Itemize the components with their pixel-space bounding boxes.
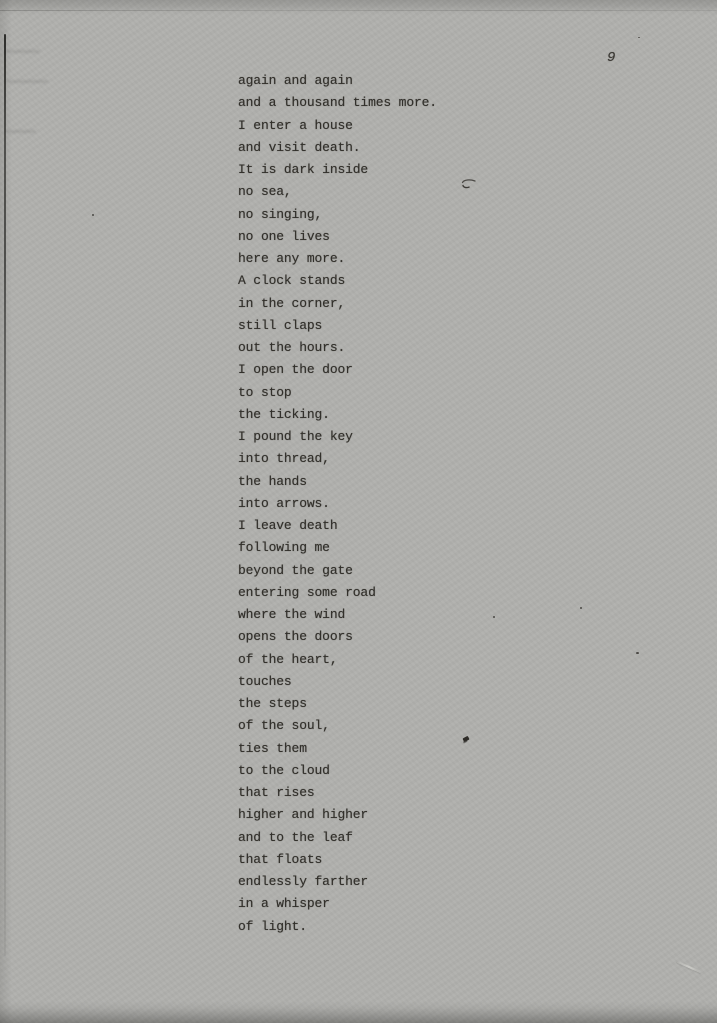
poem-line: beyond the gate [238, 560, 578, 582]
poem-line: into arrows. [238, 493, 578, 515]
scan-left-edge-shadow [0, 0, 12, 1023]
ink-speck [638, 37, 640, 38]
scan-top-crease-line [0, 10, 717, 11]
poem-line: endlessly farther [238, 871, 578, 893]
poem-line: no sea, [238, 181, 578, 203]
poem-line: touches [238, 671, 578, 693]
poem-line: no one lives [238, 226, 578, 248]
poem-line: I pound the key [238, 426, 578, 448]
poem-line: into thread, [238, 448, 578, 470]
scan-bottom-edge-shadow [0, 1001, 717, 1023]
poem-line: I enter a house [238, 115, 578, 137]
scan-smear-mark [6, 50, 40, 53]
poem-line: out the hours. [238, 337, 578, 359]
ink-speck [92, 214, 94, 216]
poem-line: A clock stands [238, 270, 578, 292]
poem-line: still claps [238, 315, 578, 337]
scan-smear-mark [6, 130, 36, 133]
poem-line: in the corner, [238, 293, 578, 315]
poem-line: of light. [238, 916, 578, 938]
scanned-page: 9 again and againand a thousand times mo… [0, 0, 717, 1023]
poem-line: of the soul, [238, 715, 578, 737]
poem-line: in a whisper [238, 893, 578, 915]
poem-line: again and again [238, 70, 578, 92]
poem-line: the steps [238, 693, 578, 715]
scan-smear-mark [6, 80, 48, 83]
poem-line: no singing, [238, 204, 578, 226]
poem-line: following me [238, 537, 578, 559]
poem-line: to the cloud [238, 760, 578, 782]
poem: again and againand a thousand times more… [238, 70, 578, 938]
poem-line: ties them [238, 738, 578, 760]
poem-line: where the wind [238, 604, 578, 626]
poem-line: the ticking. [238, 404, 578, 426]
poem-line: of the heart, [238, 649, 578, 671]
poem-line: entering some road [238, 582, 578, 604]
scan-top-edge-shadow [0, 0, 717, 16]
ink-speck [580, 607, 582, 609]
scan-scratch-mark [677, 961, 702, 973]
poem-line: that floats [238, 849, 578, 871]
poem-line: that rises [238, 782, 578, 804]
poem-line: and visit death. [238, 137, 578, 159]
poem-line: and to the leaf [238, 827, 578, 849]
ink-speck [493, 616, 495, 618]
poem-line: I open the door [238, 359, 578, 381]
page-number: 9 [607, 50, 615, 66]
poem-line: It is dark inside [238, 159, 578, 181]
ink-speck [636, 652, 639, 654]
poem-line: here any more. [238, 248, 578, 270]
poem-line: I leave death [238, 515, 578, 537]
poem-line: and a thousand times more. [238, 92, 578, 114]
poem-line: to stop [238, 382, 578, 404]
poem-line: the hands [238, 471, 578, 493]
poem-line: opens the doors [238, 626, 578, 648]
scan-left-scratch-line [4, 34, 6, 956]
pen-squiggle-mark [458, 178, 478, 192]
poem-line: higher and higher [238, 804, 578, 826]
